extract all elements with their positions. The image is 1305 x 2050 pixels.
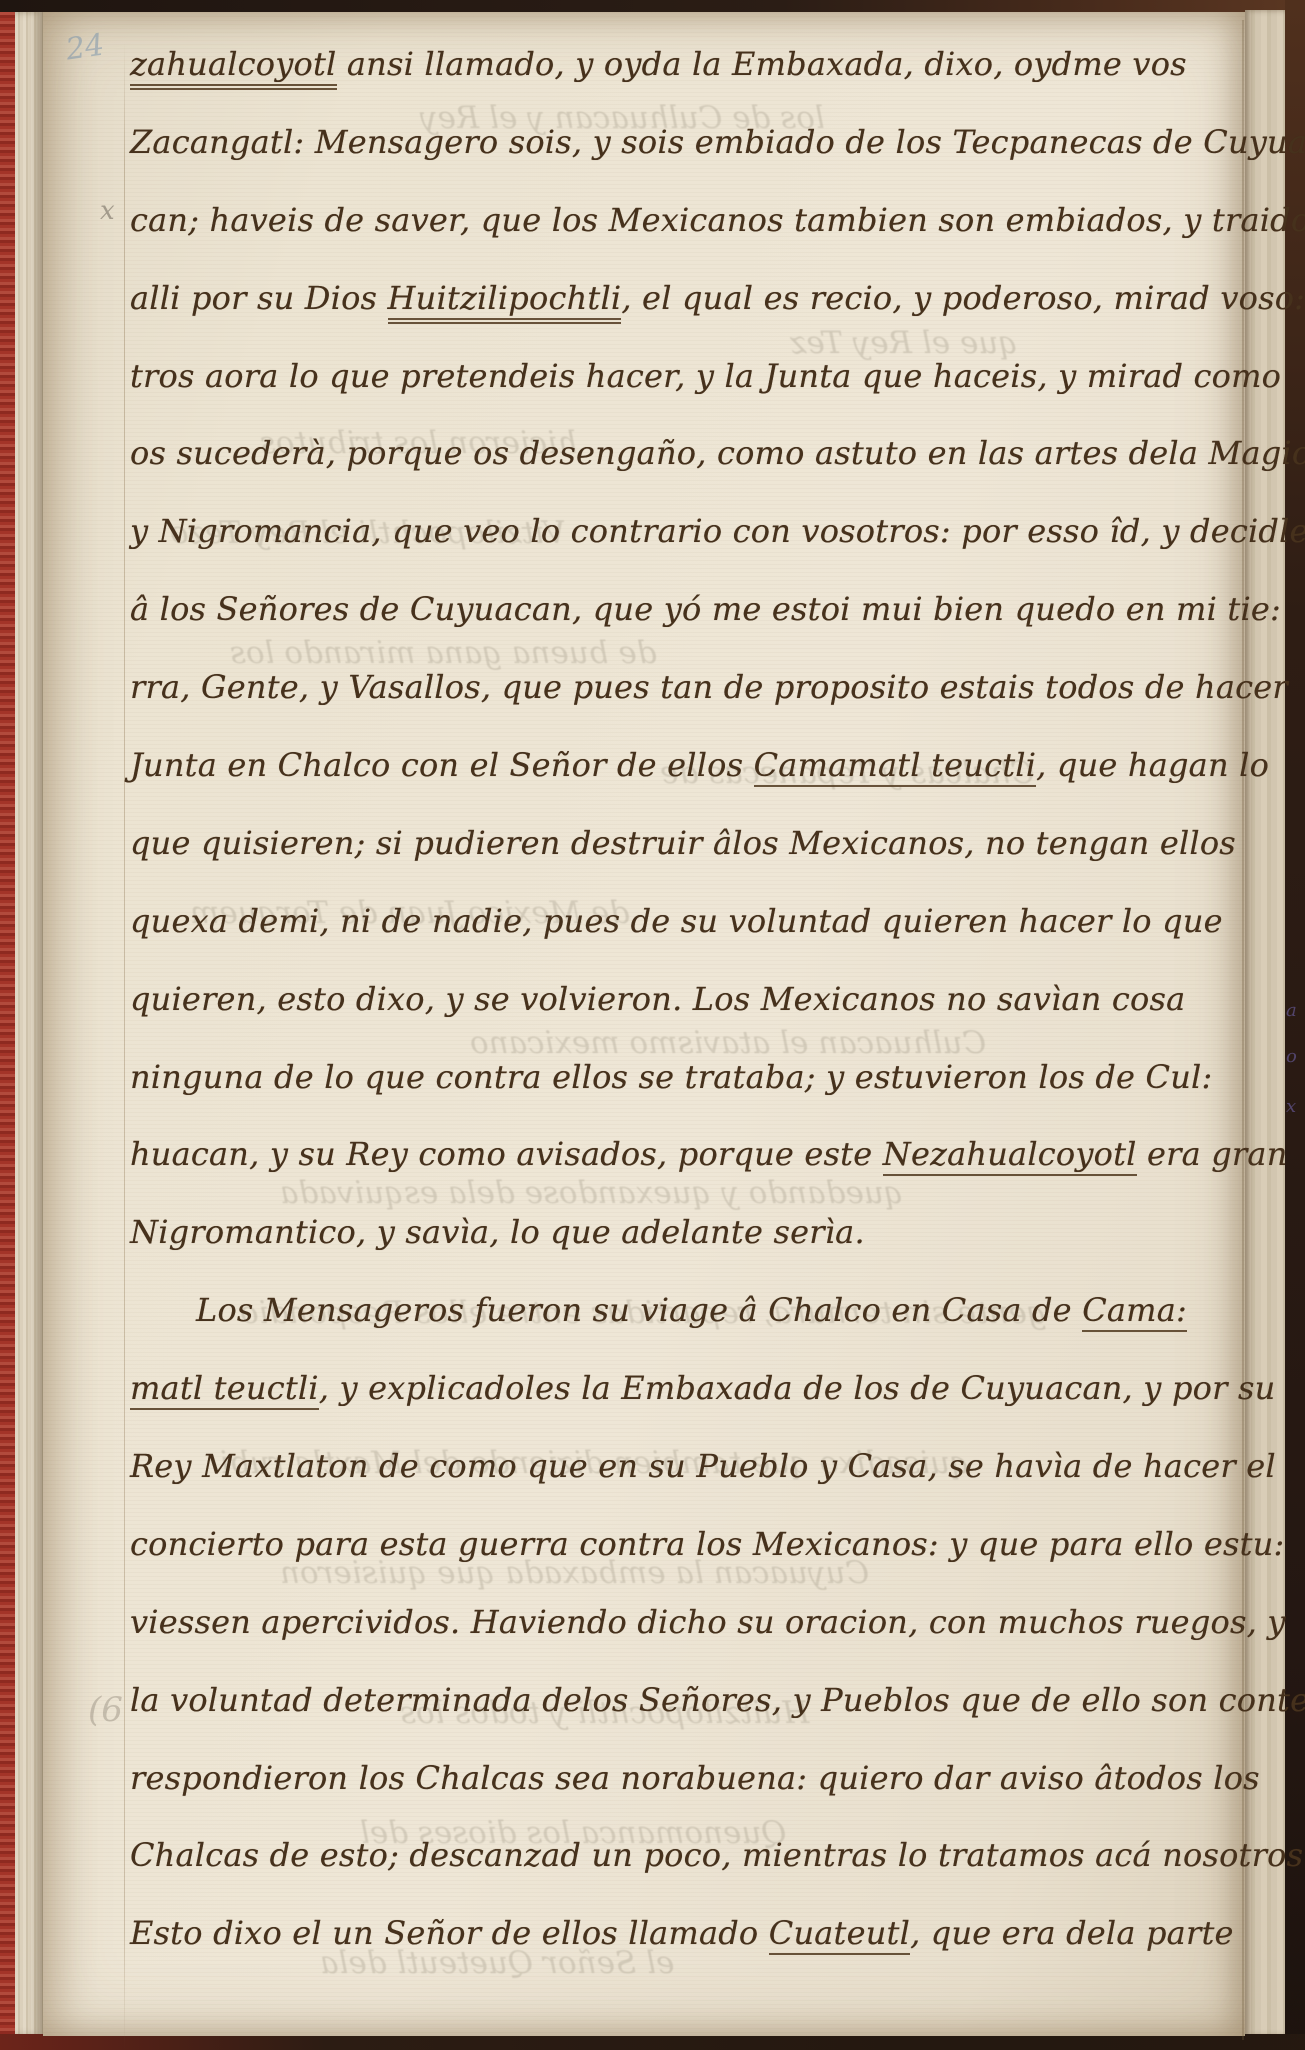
manuscript-line: Nigromantico, y savìa, lo que adelante s… xyxy=(130,1194,1245,1272)
manuscript-line: la voluntad determinada delos Señores, y… xyxy=(130,1662,1245,1740)
manuscript-line: Chalcas de esto; descanzad un poco, mien… xyxy=(130,1817,1245,1895)
manuscript-line: zahualcoyotl ansi llamado, y oyda la Emb… xyxy=(130,26,1245,104)
text-segment: â los Señores de Cuyuacan, que yó me est… xyxy=(130,590,1281,628)
manuscript-line: â los Señores de Cuyuacan, que yó me est… xyxy=(130,571,1245,649)
book: los de Culhuacan y el Reyque el Rey Tezh… xyxy=(0,0,1305,2050)
manuscript-line: Zacangatl: Mensagero sois, y sois embiad… xyxy=(130,104,1245,182)
right-edge-mark: o xyxy=(1286,1046,1297,1067)
manuscript-line: tros aora lo que pretendeis hacer, y la … xyxy=(130,338,1245,416)
text-segment: ninguna de lo que contra ellos se tratab… xyxy=(130,1058,1212,1096)
manuscript-line: matl teuctli, y explicadoles la Embaxada… xyxy=(130,1350,1245,1428)
manuscript-line: huacan, y su Rey como avisados, porque e… xyxy=(130,1116,1245,1194)
text-segment: Esto dixo el un Señor de ellos llamado xyxy=(130,1914,769,1952)
manuscript-line: Esto dixo el un Señor de ellos llamado C… xyxy=(130,1895,1245,1973)
manuscript-line: can; haveis de saver, que los Mexicanos … xyxy=(130,182,1245,260)
manuscript-line: rra, Gente, y Vasallos, que pues tan de … xyxy=(130,649,1245,727)
text-segment: matl teuctli xyxy=(130,1369,319,1410)
manuscript-line: quieren, esto dixo, y se volvieron. Los … xyxy=(130,961,1245,1039)
text-segment: Chalcas de esto; descanzad un poco, mien… xyxy=(130,1836,1305,1874)
text-segment: Cama: xyxy=(1082,1291,1187,1332)
manuscript-line: alli por su Dios Huitzilipochtli, el qua… xyxy=(130,260,1245,338)
text-segment: , y explicadoles la Embaxada de los de C… xyxy=(319,1369,1276,1407)
red-fore-edge xyxy=(0,12,15,2036)
binding-bottom-edge xyxy=(0,2034,1305,2050)
text-segment: rra, Gente, y Vasallos, que pues tan de … xyxy=(130,668,1288,706)
text-segment: que quisieren; si pudieren destruir âlos… xyxy=(130,824,1236,862)
manuscript-line: Rey Maxtlaton de como que en su Pueblo y… xyxy=(130,1428,1245,1506)
left-margin-rule xyxy=(124,42,125,2050)
right-edge-mark: a xyxy=(1286,1000,1297,1021)
text-segment: quieren, esto dixo, y se volvieron. Los … xyxy=(130,980,1185,1018)
text-segment: tros aora lo que pretendeis hacer, y la … xyxy=(130,357,1281,395)
text-segment: Nezahualcoyotl xyxy=(883,1135,1137,1176)
text-segment: , que hagan lo xyxy=(1036,746,1269,784)
text-segment: os sucederà, porque os desengaño, como a… xyxy=(130,434,1305,472)
pencil-folio-number: 24 xyxy=(64,28,107,68)
text-block: zahualcoyotl ansi llamado, y oyda la Emb… xyxy=(130,26,1245,1973)
text-segment: era gran xyxy=(1137,1135,1288,1173)
text-segment: , el qual es recio, y poderoso, mirad vo… xyxy=(621,279,1305,317)
manuscript-line: ninguna de lo que contra ellos se tratab… xyxy=(130,1039,1245,1117)
text-segment: Camamatl teuctli xyxy=(754,746,1037,787)
text-segment: ansi llamado, y oyda la Embaxada, dixo, … xyxy=(337,45,1187,83)
text-segment: , que era dela parte xyxy=(910,1914,1234,1952)
text-segment: respondieron los Chalcas sea norabuena: … xyxy=(130,1759,1260,1797)
right-edge-mark: x xyxy=(1286,1096,1296,1117)
manuscript-line: concierto para esta guerra contra los Me… xyxy=(130,1506,1245,1584)
text-segment: Rey Maxtlaton de como que en su Pueblo y… xyxy=(130,1447,1276,1485)
text-segment: Cuateutl xyxy=(769,1914,910,1955)
text-segment: concierto para esta guerra contra los Me… xyxy=(130,1525,1284,1563)
text-segment: la voluntad determinada delos Señores, y… xyxy=(130,1681,1305,1719)
text-segment: Nigromantico, y savìa, lo que adelante s… xyxy=(130,1213,865,1251)
manuscript-line: Junta en Chalco con el Señor de ellos Ca… xyxy=(130,727,1245,805)
text-segment: can; haveis de saver, que los Mexicanos … xyxy=(130,201,1305,239)
text-segment: quexa demi, ni de nadie, pues de su volu… xyxy=(130,902,1223,940)
manuscript-line: viessen apercividos. Haviendo dicho su o… xyxy=(130,1584,1245,1662)
manuscript-line: os sucederà, porque os desengaño, como a… xyxy=(130,415,1245,493)
text-segment: zahualcoyotl xyxy=(130,45,337,90)
manuscript-line: quexa demi, ni de nadie, pues de su volu… xyxy=(130,883,1245,961)
text-segment: Huitzilipochtli xyxy=(388,279,622,324)
manuscript-line: y Nigromancia, que veo lo contrario con … xyxy=(130,493,1245,571)
manuscript-line: Los Mensageros fueron su viage â Chalco … xyxy=(130,1272,1245,1350)
margin-x-mark: x xyxy=(100,196,115,226)
text-segment: Zacangatl: Mensagero sois, y sois embiad… xyxy=(130,123,1305,161)
stacked-page-edges-left xyxy=(15,12,43,2036)
manuscript-line: respondieron los Chalcas sea norabuena: … xyxy=(130,1740,1245,1818)
manuscript-line: que quisieren; si pudieren destruir âlos… xyxy=(130,805,1245,883)
text-segment: alli por su Dios xyxy=(130,279,388,317)
text-segment: Junta en Chalco con el Señor de ellos xyxy=(130,746,754,784)
text-segment: Los Mensageros fueron su viage â Chalco … xyxy=(196,1291,1082,1329)
text-segment: y Nigromancia, que veo lo contrario con … xyxy=(130,512,1305,550)
text-segment: viessen apercividos. Haviendo dicho su o… xyxy=(130,1603,1286,1641)
margin-bottom-mark: (6 xyxy=(88,1690,123,1730)
text-segment: huacan, y su Rey como avisados, porque e… xyxy=(130,1135,883,1173)
